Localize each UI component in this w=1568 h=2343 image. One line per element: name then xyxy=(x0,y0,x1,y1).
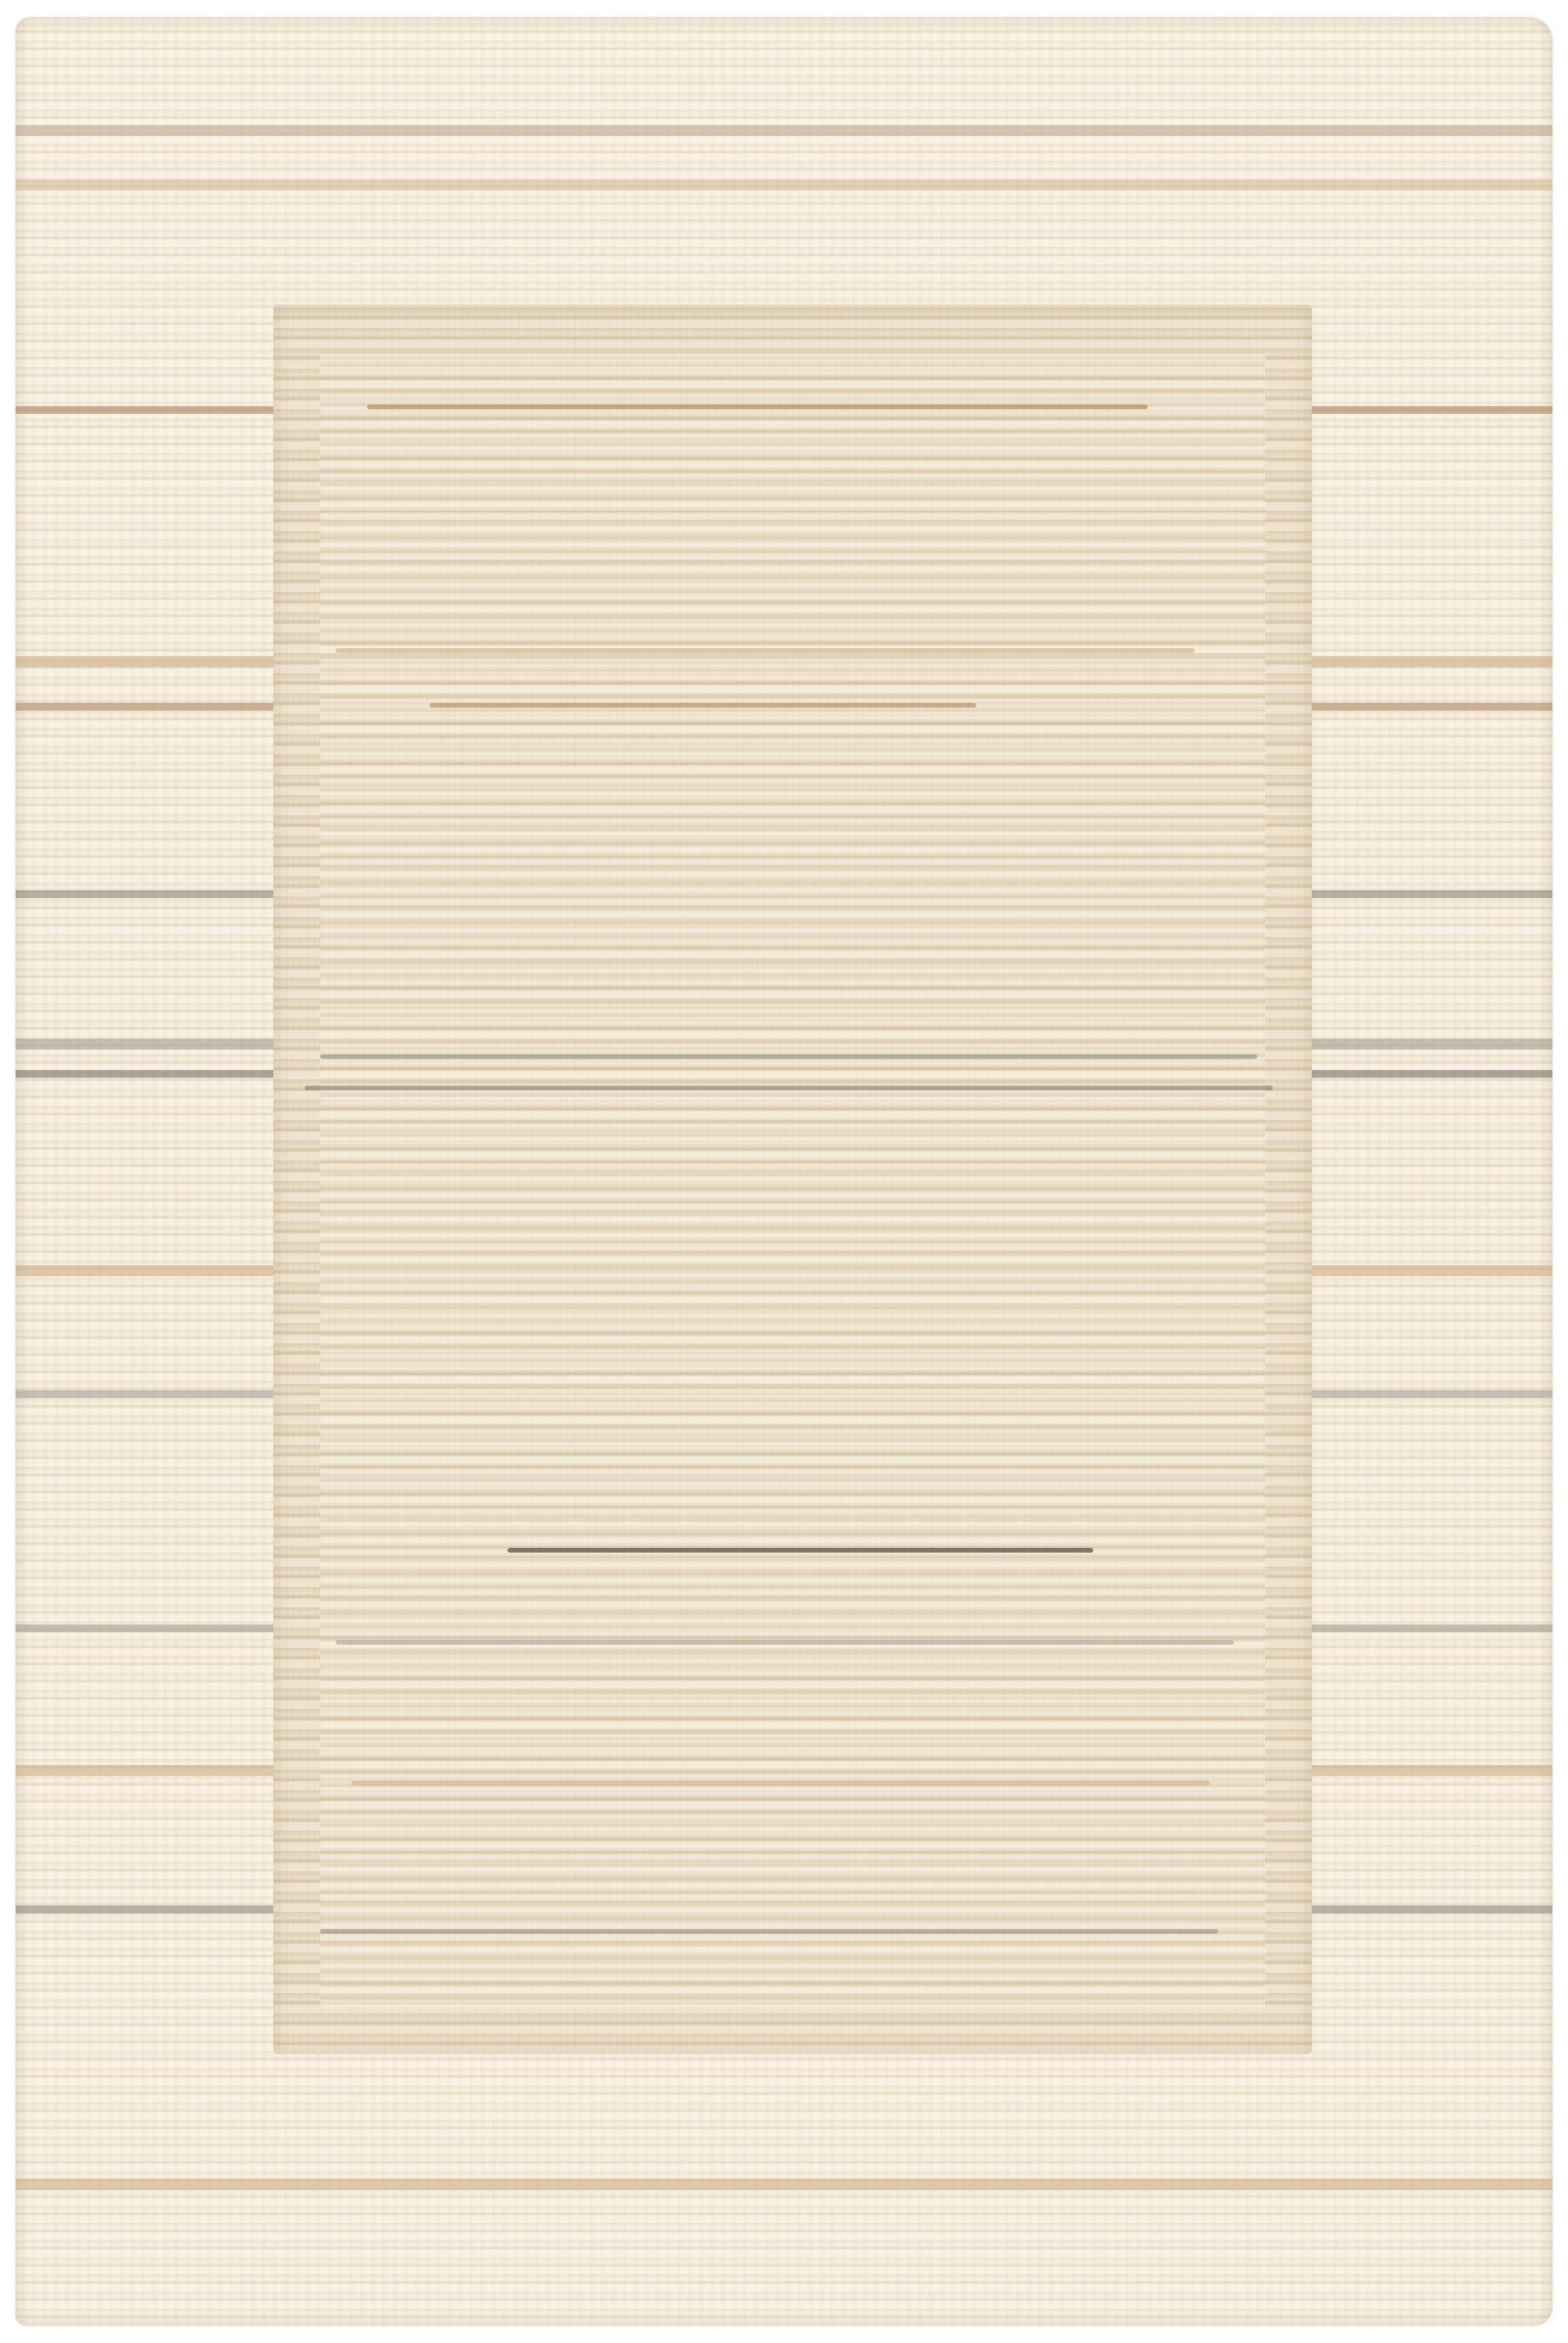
gray-stripe xyxy=(320,1054,1257,1059)
tan-stripe xyxy=(336,648,1195,653)
gray-stripe xyxy=(305,1086,1273,1090)
brown-stripe xyxy=(429,703,976,708)
gray-stripe xyxy=(320,1929,1218,1934)
gray-stripe xyxy=(336,1640,1234,1645)
brown-stripe xyxy=(367,405,1148,409)
rug-stripe xyxy=(16,125,1552,136)
rug xyxy=(16,17,1552,2326)
charcoal-stripe xyxy=(508,1548,1093,1553)
rug-inner-field xyxy=(320,351,1265,2007)
rug-stripe xyxy=(16,180,1552,191)
rug-inner-panel xyxy=(273,305,1312,2054)
rug-stripe xyxy=(16,2179,1552,2190)
tan-stripe xyxy=(351,1781,1210,1785)
